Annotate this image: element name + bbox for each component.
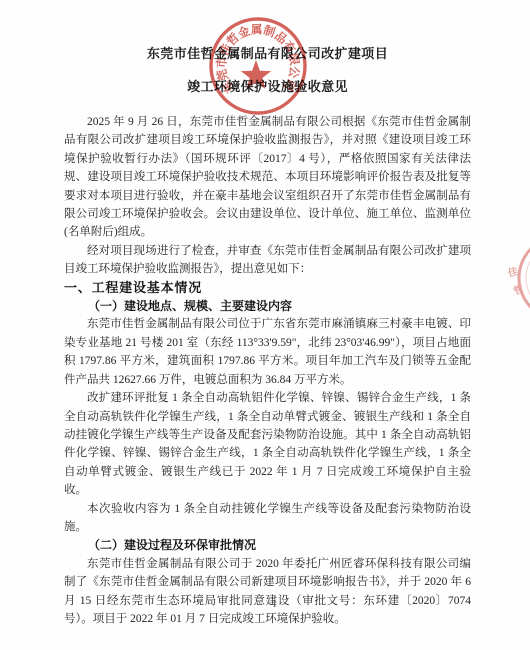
section-heading: 一、工程建设基本情况 [64, 279, 471, 297]
document-title-line1: 东莞市佳哲金属制品有限公司改扩建项目 [64, 44, 471, 64]
document-page: 东莞市佳哲金属制品有限公司改扩建项目 竣工环境保护设施验收意见 2025 年 9… [0, 0, 530, 650]
page-number: 1 [272, 599, 277, 610]
body-paragraph: 东莞市佳哲金属制品有限公司于 2020 年委托广州匠睿环保科技有限公司编制了《东… [64, 555, 471, 629]
body-paragraph: 2025 年 9 月 26 日，东莞市佳哲金属制品有限公司根据《东莞市佳哲金属制… [64, 113, 471, 242]
document-title-line2: 竣工环境保护设施验收意见 [64, 77, 471, 97]
section-heading: （一）建设地点、规模、主要建设内容 [64, 297, 471, 315]
edge-seal-char-2: 哲 [511, 282, 525, 298]
edge-seal-ring [519, 236, 530, 320]
section-heading: （二）建设过程及环保审批情况 [64, 536, 471, 554]
edge-seal: 佳 哲 [501, 236, 530, 320]
document-content: 东莞市佳哲金属制品有限公司改扩建项目 竣工环境保护设施验收意见 2025 年 9… [64, 44, 471, 628]
body-paragraph: 本次验收内容为 1 条全自动挂镀化学镍生产线等设备及配套污染物防治设施。 [64, 500, 471, 537]
body-paragraph: 经对项目现场进行了检查，并审查《东莞市佳哲金属制品有限公司改扩建项目竣工环境保护… [64, 242, 471, 279]
body-paragraph: 改扩建环评批复 1 条全自动高轨铝件化学镍、锌镍、锡锌合金生产线，1 条全自动高… [64, 389, 471, 499]
edge-seal-inner-ring [526, 243, 530, 313]
edge-seal-char-1: 佳 [506, 265, 519, 280]
body-paragraph: 东莞市佳哲金属制品有限公司位于广东省东莞市麻涌镇麻三村豪丰电镀、印染专业基地 2… [64, 315, 471, 389]
document-body: 2025 年 9 月 26 日，东莞市佳哲金属制品有限公司根据《东莞市佳哲金属制… [64, 113, 471, 628]
